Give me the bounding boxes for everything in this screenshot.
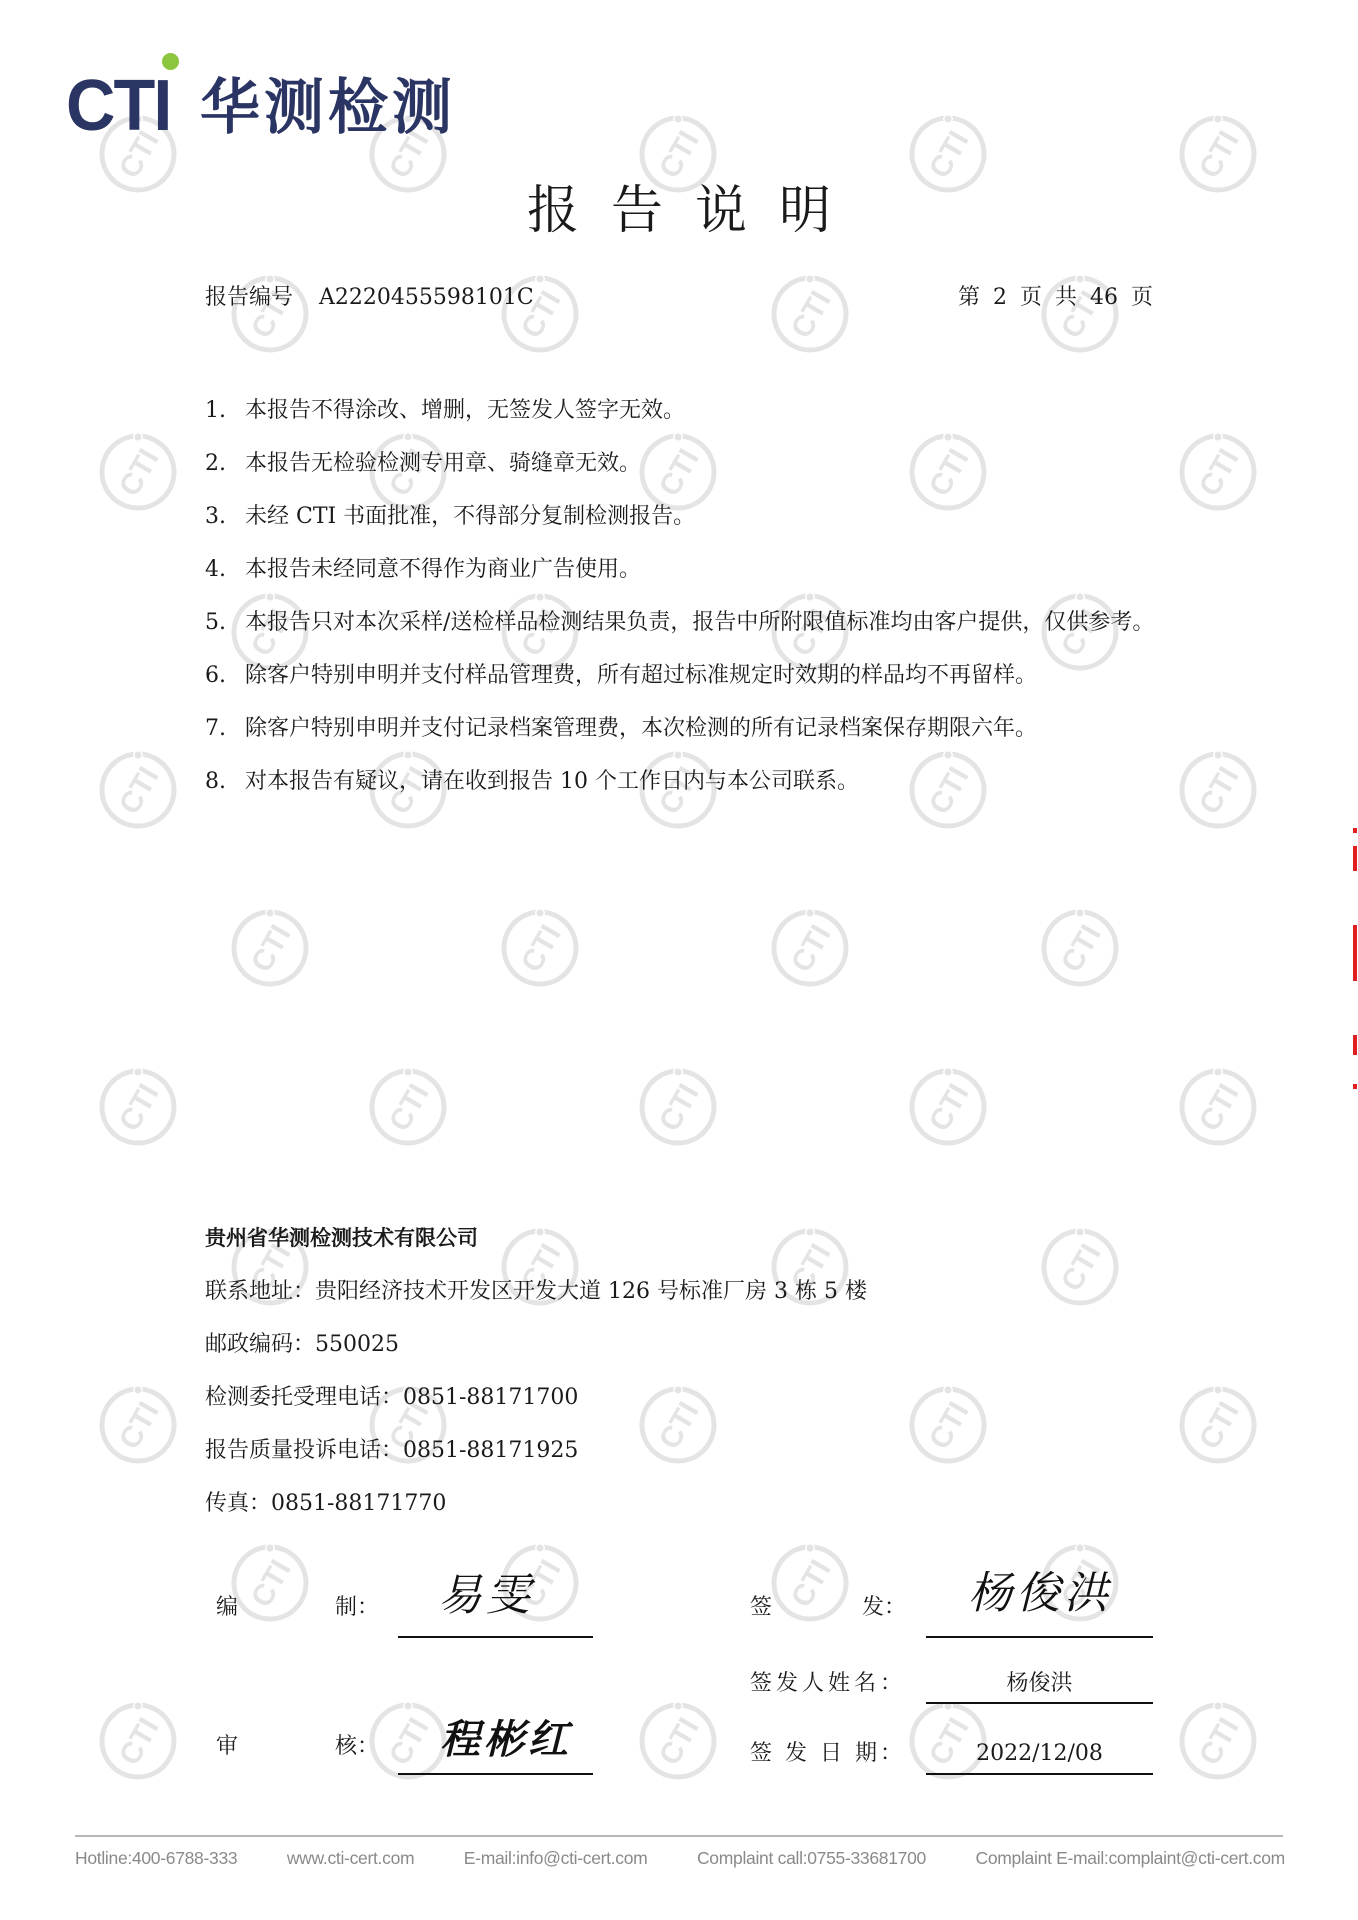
reviewed-label-a: 审 xyxy=(216,1733,238,1761)
reviewed-signature: 程彬红 xyxy=(440,1712,572,1768)
note-item: 1.本报告不得涂改、增删，无签发人签字无效。 xyxy=(205,384,1155,437)
reviewed-signature-line xyxy=(398,1773,593,1775)
fax-number: 传真：0851-88171770 xyxy=(205,1477,1105,1530)
note-text: 本报告不得涂改、增删，无签发人签字无效。 xyxy=(245,398,685,423)
issued-label-a: 签 xyxy=(750,1594,772,1622)
note-number: 7. xyxy=(205,702,226,755)
seam-stamp-mark xyxy=(1353,846,1357,871)
seam-stamp-mark xyxy=(1353,925,1357,981)
logo-name-cn: 华测检测 xyxy=(200,76,456,140)
footer-divider xyxy=(75,1835,1283,1837)
complaint-phone: 报告质量投诉电话：0851-88171925 xyxy=(205,1424,1105,1477)
prepared-signature: 易雯 xyxy=(438,1568,534,1624)
issued-label-b: 发： xyxy=(862,1594,906,1622)
note-text: 本报告无检验检测专用章、骑缝章无效。 xyxy=(245,451,641,476)
note-text: 本报告未经同意不得作为商业广告使用。 xyxy=(245,557,641,582)
issued-signature-line xyxy=(926,1636,1153,1638)
footer-hotline: Hotline:400-6788-333 xyxy=(75,1846,237,1870)
seam-stamp-mark xyxy=(1353,828,1357,833)
prepared-signature-line xyxy=(398,1636,593,1638)
note-item: 5.本报告只对本次采样/送检样品检测结果负责，报告中所附限值标准均由客户提供，仅… xyxy=(205,596,1155,649)
seam-stamp-mark xyxy=(1353,1084,1357,1089)
note-item: 4.本报告未经同意不得作为商业广告使用。 xyxy=(205,543,1155,596)
company-address: 联系地址：贵阳经济技术开发区开发大道 126 号标准厂房 3 栋 5 楼 xyxy=(205,1265,1105,1318)
issue-date-line xyxy=(926,1773,1153,1775)
report-number-label: 报告编号 xyxy=(205,285,293,310)
note-number: 5. xyxy=(205,596,226,649)
note-number: 3. xyxy=(205,490,226,543)
note-text: 未经 CTI 书面批准，不得部分复制检测报告。 xyxy=(245,504,695,529)
note-item: 8.对本报告有疑议，请在收到报告 10 个工作日内与本公司联系。 xyxy=(205,755,1155,808)
entrust-phone: 检测委托受理电话：0851-88171700 xyxy=(205,1371,1105,1424)
note-text: 本报告只对本次采样/送检样品检测结果负责，报告中所附限值标准均由客户提供，仅供参… xyxy=(245,610,1154,635)
footer-complaint-email: Complaint E-mail:complaint@cti-cert.com xyxy=(975,1846,1284,1870)
note-item: 6.除客户特别申明并支付样品管理费，所有超过标准规定时效期的样品均不再留样。 xyxy=(205,649,1155,702)
report-number: 报告编号A2220455598101C xyxy=(205,284,534,312)
note-text: 对本报告有疑议，请在收到报告 10 个工作日内与本公司联系。 xyxy=(245,769,859,794)
note-number: 4. xyxy=(205,543,226,596)
cti-logo: CTI 华测检测 xyxy=(66,52,506,144)
note-text: 除客户特别申明并支付记录档案管理费，本次检测的所有记录档案保存期限六年。 xyxy=(245,716,1037,741)
issuer-name-value: 杨俊洪 xyxy=(926,1670,1153,1698)
note-item: 2.本报告无检验检测专用章、骑缝章无效。 xyxy=(205,437,1155,490)
footer-website: www.cti-cert.com xyxy=(287,1846,414,1870)
page-indicator: 第 2 页 共 46 页 xyxy=(958,284,1153,312)
issuer-name-line xyxy=(926,1702,1153,1704)
note-number: 2. xyxy=(205,437,226,490)
report-number-value: A2220455598101C xyxy=(319,285,534,310)
issue-date-label: 签 发 日 期： xyxy=(750,1740,905,1768)
notes-list: 1.本报告不得涂改、增删，无签发人签字无效。 2.本报告无检验检测专用章、骑缝章… xyxy=(205,384,1155,808)
company-postcode: 邮政编码：550025 xyxy=(205,1318,1105,1371)
report-page: CTI 华测检测 报告说明 报告编号A2220455598101C 第 2 页 … xyxy=(0,0,1358,1920)
seam-stamp-mark xyxy=(1353,1035,1357,1055)
issue-date-value: 2022/12/08 xyxy=(926,1740,1153,1768)
footer-contacts: Hotline:400-6788-333 www.cti-cert.com E-… xyxy=(75,1846,1285,1870)
company-name: 贵州省华测检测技术有限公司 xyxy=(205,1212,1105,1265)
issuer-name-label: 签发人姓名： xyxy=(750,1670,906,1698)
prepared-label-b: 制： xyxy=(335,1594,379,1622)
note-item: 3.未经 CTI 书面批准，不得部分复制检测报告。 xyxy=(205,490,1155,543)
page-title: 报告说明 xyxy=(0,176,1358,246)
note-number: 8. xyxy=(205,755,226,808)
note-item: 7.除客户特别申明并支付记录档案管理费，本次检测的所有记录档案保存期限六年。 xyxy=(205,702,1155,755)
footer-email: E-mail:info@cti-cert.com xyxy=(464,1846,648,1870)
reviewed-label-b: 核： xyxy=(335,1733,379,1761)
prepared-label-a: 编 xyxy=(216,1594,238,1622)
footer-complaint-call: Complaint call:0755-33681700 xyxy=(697,1846,926,1870)
note-text: 除客户特别申明并支付样品管理费，所有超过标准规定时效期的样品均不再留样。 xyxy=(245,663,1037,688)
note-number: 6. xyxy=(205,649,226,702)
logo-brand: CTI xyxy=(66,74,170,138)
note-number: 1. xyxy=(205,384,226,437)
issued-signature: 杨俊洪 xyxy=(968,1566,1112,1622)
company-info: 贵州省华测检测技术有限公司 联系地址：贵阳经济技术开发区开发大道 126 号标准… xyxy=(205,1212,1105,1530)
